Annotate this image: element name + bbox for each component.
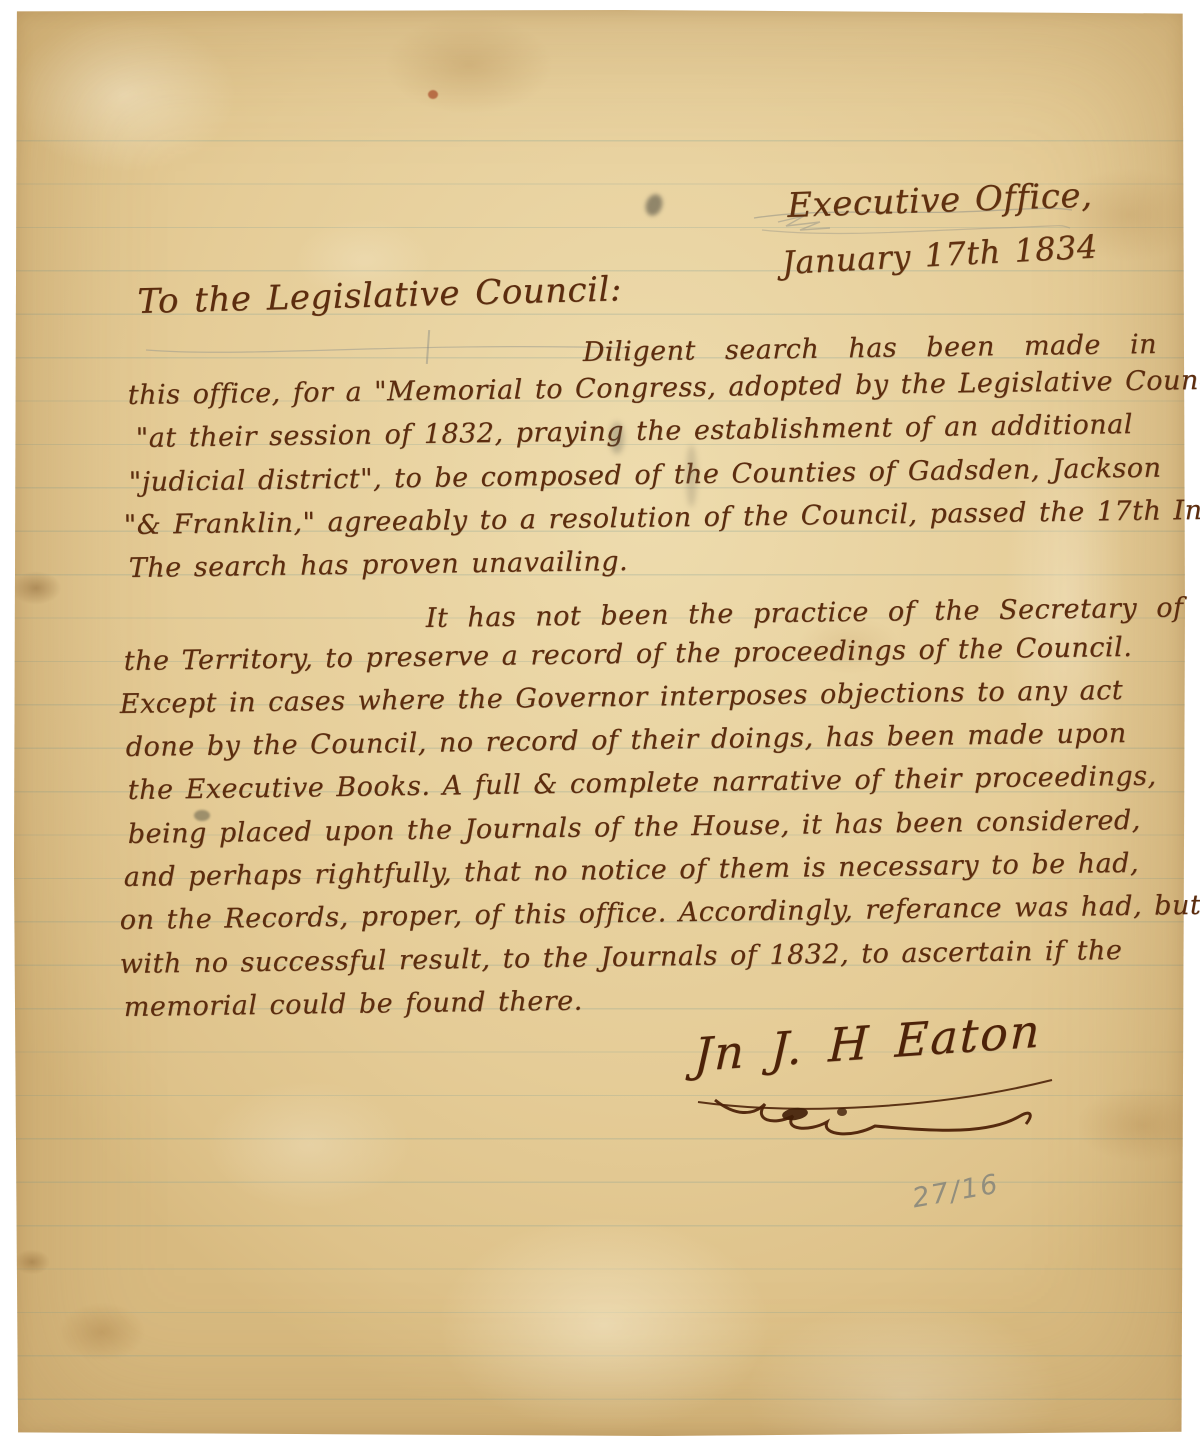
scan-background: Executive Office, January 17th 1834 To t… xyxy=(0,0,1200,1450)
letter-page xyxy=(14,10,1185,1436)
ruled-lines xyxy=(14,140,1185,1432)
